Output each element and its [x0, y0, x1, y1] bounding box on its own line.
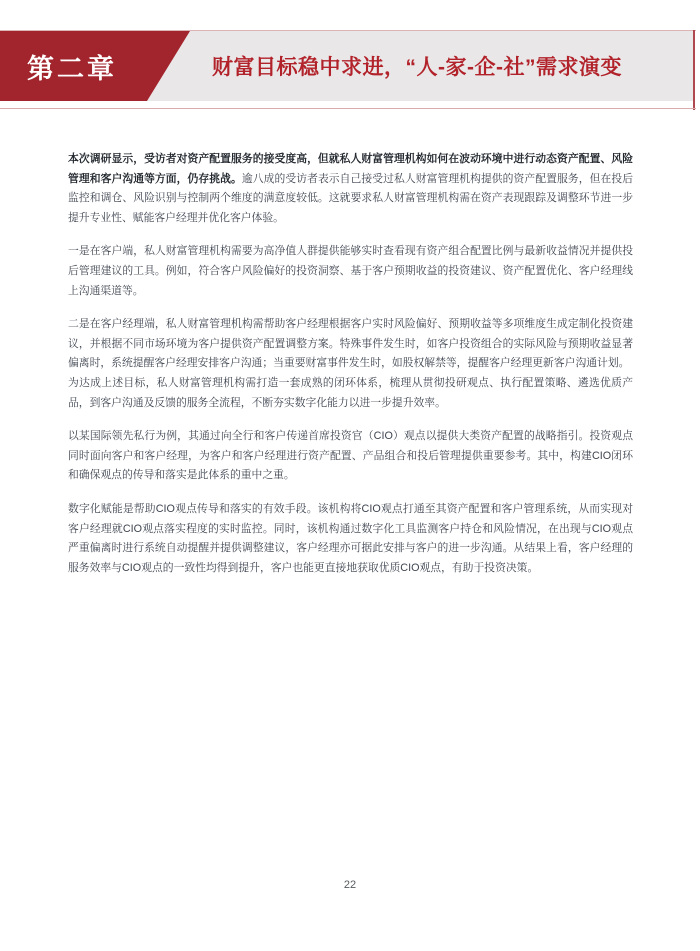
chapter-label: 第二章: [27, 47, 117, 86]
chapter-title: 财富目标稳中求进，“人-家-企-社”需求演变: [212, 31, 683, 101]
chapter-badge: 第二章: [0, 31, 190, 101]
chapter-banner: 第二章 财富目标稳中求进，“人-家-企-社”需求演变: [0, 31, 693, 101]
report-page: 第二章 财富目标稳中求进，“人-家-企-社”需求演变 本次调研显示，受访者对资产…: [0, 0, 700, 951]
paragraph-4: 以某国际领先私行为例，其通过向全行和客户传递首席投资官（CIO）观点以提供大类资…: [68, 427, 633, 486]
banner-bottom-rule: [0, 108, 696, 109]
paragraph-2: 一是在客户端，私人财富管理机构需要为高净值人群提供能够实时查看现有资产组合配置比…: [68, 242, 633, 301]
paragraph-5-body: 数字化赋能是帮助CIO观点传导和落实的有效手段。该机构将CIO观点打通至其资产配…: [68, 503, 633, 574]
paragraph-1: 本次调研显示，受访者对资产配置服务的接受度高，但就私人财富管理机构如何在波动环境…: [68, 150, 633, 228]
paragraph-5: 数字化赋能是帮助CIO观点传导和落实的有效手段。该机构将CIO观点打通至其资产配…: [68, 500, 633, 578]
body-text: 本次调研显示，受访者对资产配置服务的接受度高，但就私人财富管理机构如何在波动环境…: [68, 150, 633, 592]
paragraph-3-body-continued: 为达成上述目标，私人财富管理机构需打造一套成熟的闭环体系，梳理从贯彻投研观点、执…: [68, 374, 633, 413]
paragraph-4-body: 以某国际领先私行为例，其通过向全行和客户传递首席投资官（CIO）观点以提供大类资…: [68, 430, 633, 481]
paragraph-3-body: 二是在客户经理端，私人财富管理机构需帮助客户经理根据客户实时风险偏好、预期收益等…: [68, 315, 633, 374]
paragraph-2-body: 一是在客户端，私人财富管理机构需要为高净值人群提供能够实时查看现有资产组合配置比…: [68, 245, 633, 296]
paragraph-3: 二是在客户经理端，私人财富管理机构需帮助客户经理根据客户实时风险偏好、预期收益等…: [68, 315, 633, 413]
banner-right-rule: [693, 30, 695, 110]
page-number: 22: [0, 879, 700, 891]
